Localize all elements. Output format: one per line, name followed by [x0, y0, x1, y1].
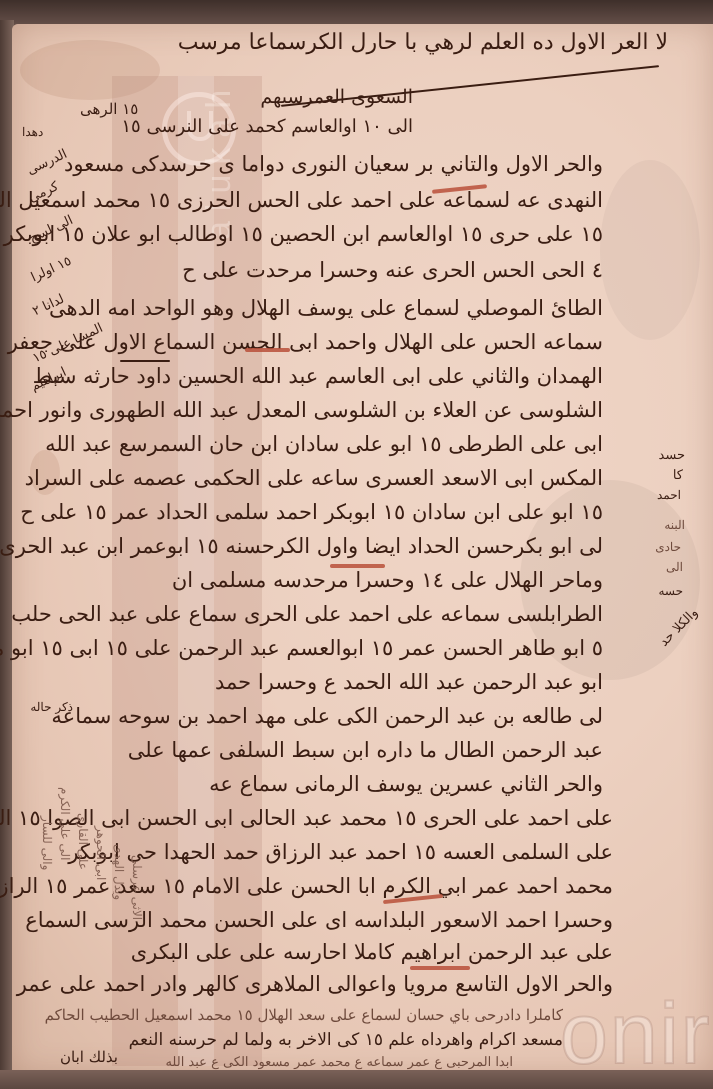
text-line: الهمدان والثاني على ابى العاسم عبد الله … [33, 364, 603, 388]
text-line: الشلوسى عن العلاء بن الشلوسى المعدل عبد … [0, 398, 603, 422]
margin-note: كا [673, 468, 683, 483]
red-underline-mark [245, 348, 290, 352]
text-line: وماحر الهلال على ١٤ وحسرا مرحدسه مسلمى ا… [172, 568, 603, 592]
margin-note: الى [666, 560, 683, 574]
red-underline-mark [410, 966, 470, 970]
margin-note: ويدل الهدى [112, 670, 126, 900]
margin-note: على القارى [76, 650, 90, 870]
margin-note: الى على الكرم [58, 640, 72, 860]
text-line: ٥ ابو طاهر الحسن عمر ١٥ ابوالعسم عبد الر… [0, 636, 603, 660]
text-line: ١٥ ابو على ابن سادان ١٥ ابوبكر احمد سلمى… [20, 500, 603, 524]
text-line: الطائ الموصلي لسماع على يوسف الهلال وهو … [49, 296, 603, 320]
text-line: النهدى عه لسماعه على احمد على الحس الحرز… [0, 188, 603, 212]
text-line: ٤ الحى الحس الحرى عنه وحسرا مرحدت على ح [182, 258, 603, 282]
margin-note: احمد [657, 488, 681, 502]
ink-flourish [120, 360, 170, 362]
text-line: المكس ابى الاسعد العسرى ساعه على الحكمى … [25, 466, 603, 490]
margin-note: حسد [659, 448, 685, 463]
text-line: على عبد الرحمن ابراهيم كاملا احارسه على … [131, 940, 613, 964]
margin-note: ابى الحوهر [94, 660, 108, 880]
bottom-signature: بذلك ابان [60, 1048, 118, 1066]
text-line: مسعد اكرام واهرداه علم ١٥ كى الاخر به ول… [129, 1030, 563, 1050]
text-line: وحسرا احمد الاسعور البلداسه اى على الحسن… [25, 908, 613, 932]
text-line: ابدا المرحبى ع عمر سماعه ع محمد عمر مسعو… [165, 1055, 513, 1070]
text-line: والحر الاول التاسع مرويا واعوالى الملاهر… [17, 972, 613, 996]
margin-note: دهدا [22, 125, 43, 139]
watermark-bottom-text: onir [560, 985, 711, 1084]
text-line: ١٥ على حرى ١٥ اوالعاسم ابن الحصين ١٥ اوط… [0, 222, 603, 246]
text-line: ابو عبد الرحمن عبد الله الحمد ع وحسرا حم… [215, 670, 603, 694]
text-line: على السلمى العسه ١٥ احمد عبد الرزاق حمد … [68, 840, 613, 864]
text-line: السعوى العمرسبهم [260, 86, 413, 108]
text-line: عبد الرحمن الطال ما داره ابن سبط السلفى … [128, 738, 603, 762]
text-line: والحر الاول والتاني بر سعيان النورى دوام… [64, 152, 603, 176]
text-line: ابى على الطرطى ١٥ ابو على سادان ابن حان … [45, 432, 603, 456]
red-underline-mark [330, 564, 385, 568]
margin-note: حادى [655, 540, 681, 554]
text-line: على احمد على الحرى ١٥ محمد عبد الحالى اب… [0, 806, 613, 830]
text-line: لا العر الاول ده العلم لرهي با حارل الكر… [178, 30, 668, 55]
text-line: محمد احمد عمر ابي الكرم ابا الحسن على ال… [0, 874, 613, 898]
margin-note: البنه [664, 518, 685, 532]
text-line: لى ابو بكرحسن الحداد ايضا واول الكرحسنه … [0, 534, 603, 558]
paper-stain [600, 160, 700, 340]
margin-note: حسه [658, 584, 683, 598]
text-line: كاملرا دادرحى باي حسان لسماع على سعد اله… [45, 1006, 563, 1024]
text-line: الطرابلسى سماعه على احمد على الحرى سماع … [11, 602, 603, 626]
text-line: والحر الثاني عسرين يوسف الرمانى سماع عه [209, 772, 603, 796]
margin-note: ١٥ الرهى [80, 100, 138, 118]
margin-note: والى للسار [40, 650, 54, 870]
margin-note: ذكر حاله [30, 700, 73, 714]
margin-note: الاثى عرسلى [130, 700, 144, 920]
text-line: الى ١٠ اوالعاسم كحمد على النرسى ١٥ [121, 116, 413, 137]
